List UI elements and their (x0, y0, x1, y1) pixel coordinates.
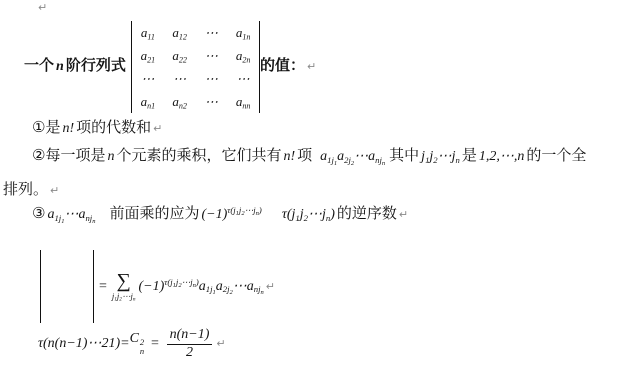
combination-symbol: C2n (130, 331, 146, 358)
det-cell: a12 (172, 26, 187, 39)
item2-text-3: 项 (297, 148, 312, 164)
paragraph-mark: ↵ (50, 184, 59, 197)
item2-math-n: n (107, 149, 114, 164)
det-cell: ⋯ (173, 72, 186, 85)
item3-math-product: a1j1⋯anjn (47, 207, 95, 222)
det-cell: ⋯ (205, 49, 218, 62)
item-3: ③a1j1⋯anjn前面乘的应为(−1)τ(j1j2⋯jn)τ(j1j2⋯jn)… (32, 205, 408, 224)
det-cell: ⋯ (205, 95, 218, 108)
fraction-denominator: 2 (167, 344, 213, 361)
det-cell: a2n (236, 49, 251, 62)
combination-scripts: 2n (140, 338, 144, 358)
item3-text-2: 的逆序数 (337, 206, 397, 222)
paragraph-mark: ↵ (38, 1, 47, 14)
item-2-line-2: 排列。↵ (3, 181, 59, 199)
item2-text-wrap: 排列。 (3, 182, 48, 198)
equals-sign: = (150, 336, 159, 353)
combination-base: C (130, 331, 139, 346)
determinant-bar-right (93, 250, 94, 323)
det-cell: a22 (172, 49, 187, 62)
summation-body: (−1)τ(j1j2⋯jn)a1j1a2j2⋯anjn (138, 279, 263, 296)
item1-text-pre: ①是 (32, 120, 60, 136)
tau-left-expression: τ(n(n−1)⋯21)= (38, 336, 130, 353)
intro-suffix-text: 的值： (260, 58, 305, 74)
item-1: ①是n!项的代数和↵ (32, 119, 162, 138)
intro-text-2: 阶行列式 (66, 58, 126, 74)
item2-text-6: 的一个全 (526, 148, 586, 164)
item3-math-sign-factor: (−1)τ(j1j2⋯jn) (201, 207, 261, 222)
item2-text-2: 个元素的乘积，它们共有 (116, 148, 281, 164)
intro-suffix: 的值：↵ (260, 57, 316, 75)
summation-formula: = ∑ j1j2⋯jn (−1)τ(j1j2⋯jn)a1j1a2j2⋯anjn … (99, 264, 275, 310)
item2-text-1: ②每一项是 (32, 148, 105, 164)
item3-text-1: 前面乘的应为 (109, 206, 199, 222)
det-cell: a11 (141, 26, 155, 39)
intro-text-1: 一个 (24, 58, 54, 74)
item2-math-nfact: n! (283, 149, 295, 164)
sigma-operator: ∑ j1j2⋯jn (112, 273, 136, 301)
paragraph-mark: ↵ (153, 122, 162, 135)
item2-text-5: 是 (462, 148, 477, 164)
item1-text-post: 项的代数和 (76, 120, 151, 136)
paragraph-mark: ↵ (399, 208, 408, 221)
item3-number: ③ (32, 206, 45, 222)
item3-math-tau: τ(j1j2⋯jn) (282, 207, 335, 222)
det-cell: ⋯ (205, 26, 218, 39)
det-cell: ⋯ (237, 72, 250, 85)
det-cell: ⋯ (205, 72, 218, 85)
equals-sign: = (99, 279, 107, 296)
intro-label: 一个n阶行列式 (24, 57, 126, 76)
det-cell: an1 (141, 95, 156, 108)
tau-formula: τ(n(n−1)⋯21)= C2n = n(n−1) 2 ↵ (38, 322, 226, 366)
item1-math-nfact: n! (62, 121, 74, 136)
document-page: ↵ 一个n阶行列式 a11 a12 ⋯ a1n a21 a22 ⋯ a2n ⋯ … (0, 0, 635, 373)
item2-text-4: 其中 (389, 148, 419, 164)
paragraph-mark: ↵ (266, 280, 275, 293)
det-cell: an2 (172, 95, 187, 108)
sigma-limits: j1j2⋯jn (112, 292, 136, 301)
combination-sub: n (140, 347, 144, 357)
item-2-line-1: ②每一项是n个元素的乘积，它们共有n!项a1j1a2j2⋯anjn其中j1j2⋯… (32, 147, 586, 166)
determinant-bar-left (40, 250, 41, 323)
intro-var-n: n (56, 59, 64, 74)
paragraph-mark: ↵ (307, 60, 316, 73)
det-cell: ann (236, 95, 251, 108)
paragraph-mark: ↵ (216, 337, 225, 350)
det-cell: a21 (141, 49, 156, 62)
fraction: n(n−1) 2 (167, 327, 213, 360)
determinant-matrix: a11 a12 ⋯ a1n a21 a22 ⋯ a2n ⋯ ⋯ ⋯ ⋯ an1 … (131, 21, 260, 113)
fraction-numerator: n(n−1) (167, 327, 213, 343)
sigma-symbol: ∑ (117, 273, 131, 290)
det-cell: ⋯ (141, 72, 154, 85)
item2-math-product: a1j1a2j2⋯anjn (320, 149, 385, 164)
item2-math-permutation: j1j2⋯jn (421, 149, 460, 164)
det-cell: a1n (236, 26, 251, 39)
item2-math-list: 1,2,⋯,n (479, 149, 525, 164)
